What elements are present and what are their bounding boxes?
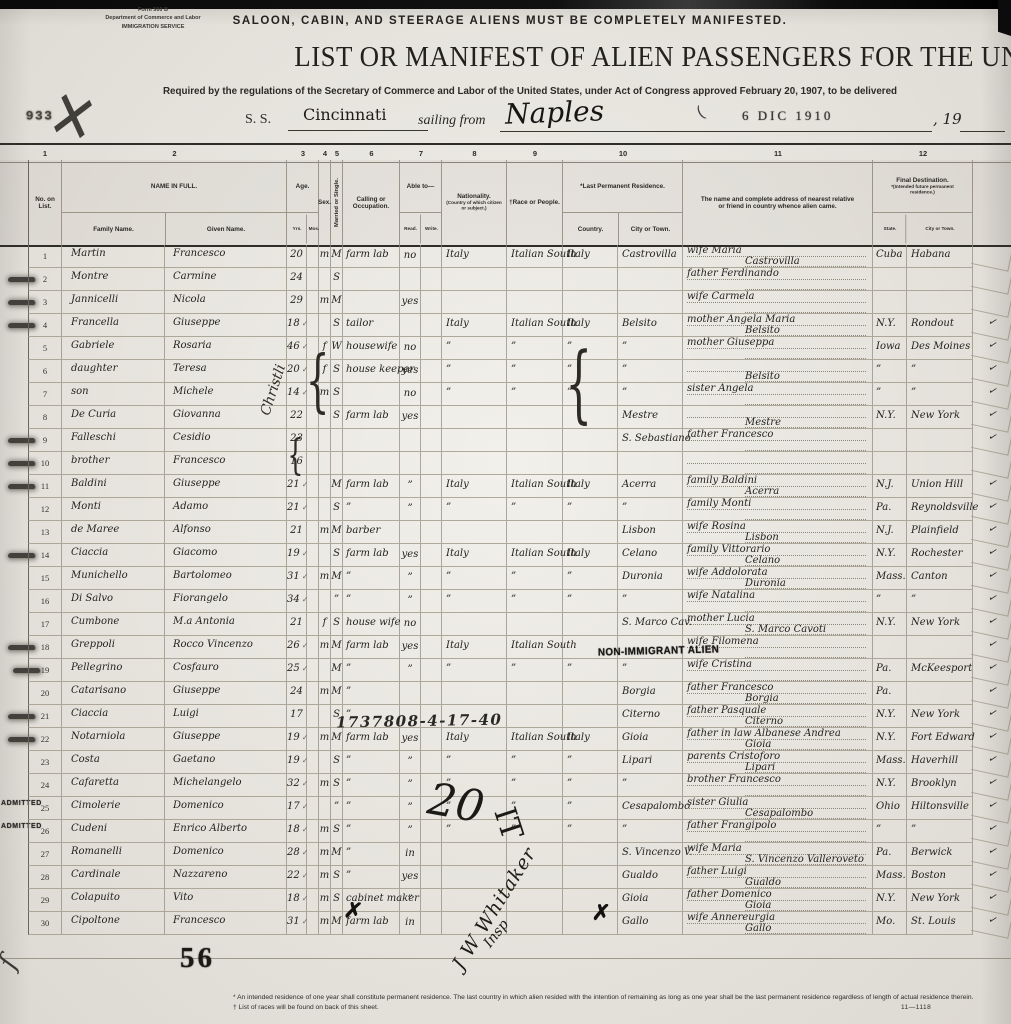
relative-city: Cesapalombo [745, 809, 866, 819]
cell-yrs: 21 [287, 521, 307, 544]
cell-family: Cudeni [62, 820, 165, 843]
cell-edge-text: ✓ [987, 408, 997, 421]
cell-yrs: 22 [287, 406, 307, 429]
rows-9-10-brace: { [287, 430, 303, 479]
cell-family: Di Salvo [62, 590, 165, 613]
cell-no: 28 [28, 866, 62, 889]
cell-state-text: N.J. [876, 479, 894, 490]
cell-no-text: 2 [43, 274, 47, 284]
cell-no: 19 [28, 659, 62, 682]
cell-read-text: yes [402, 733, 419, 744]
cell-marital: ” [331, 797, 343, 820]
cell-marital-text: S [333, 755, 340, 766]
cell-relative: Belsito [683, 360, 873, 383]
cell-race [507, 521, 563, 544]
cell-family-text: daughter [71, 363, 117, 374]
cell-given: Francesco [165, 245, 287, 268]
cell-city-text: Cesapalombo [622, 801, 690, 812]
ss-label: S. S. [245, 112, 271, 128]
cell-nationality-text: ” [446, 341, 451, 352]
cell-nationality-text: ” [446, 755, 451, 766]
cell-mos [307, 590, 319, 613]
cell-nationality [442, 843, 507, 866]
cell-no: 12 [28, 498, 62, 521]
cell-no-text: 25 [41, 803, 50, 813]
cell-edge-text: ✓ [987, 891, 997, 904]
final-destination-label: Final Destination. [896, 177, 948, 184]
cell-race-text: ” [511, 571, 516, 582]
cell-country-text: ” [567, 502, 572, 513]
cell-occupation-text: farm lab [346, 479, 389, 490]
cell-marital: S [331, 866, 343, 889]
cell-city: ” [618, 337, 683, 360]
col-head-no-label: No. on List. [29, 160, 61, 245]
cell-occupation-text: house wife [346, 617, 401, 628]
cell-family: Cimolerie [62, 797, 165, 820]
cell-dest_city-text: Des Moines [911, 341, 970, 352]
cell-dest_city: Habana [907, 245, 973, 268]
cell-state-text: Iowa [876, 341, 901, 352]
cell-marital: M [331, 659, 343, 682]
cell-given: Cesidio [165, 429, 287, 452]
cell-family-text: Ciaccia [71, 547, 108, 558]
cell-write [421, 682, 442, 705]
cell-marital-text: S [333, 778, 340, 789]
cell-marital-text: S [333, 893, 340, 904]
cell-no-text: 12 [41, 504, 50, 514]
cell-marital: S [331, 751, 343, 774]
row-margin [0, 360, 28, 383]
cell-yrs-text: 14 [287, 387, 300, 398]
cell-state-text: Pa. [876, 847, 891, 858]
cell-read-text: ” [407, 825, 412, 836]
relative-city: Lipari [745, 763, 866, 773]
cell-given-text: Giacomo [173, 547, 217, 558]
cell-read: ” [400, 889, 421, 912]
cell-marital-text: M [331, 640, 341, 651]
cell-read-text: yes [402, 549, 419, 560]
cell-marital: S [331, 889, 343, 912]
cell-dest_city-text: Habana [911, 249, 950, 260]
relative-city [745, 602, 866, 612]
cell-edge-text: ✓ [987, 431, 997, 444]
cell-relative: father Frangipolo [683, 820, 873, 843]
cell-city [618, 268, 683, 291]
cell-occupation: ” [343, 498, 400, 521]
cell-family-text: Pellegrino [71, 662, 122, 673]
cell-read: no [400, 383, 421, 406]
relative-city [745, 464, 866, 474]
cell-mos [307, 728, 319, 751]
cell-given: Fiorangelo [165, 590, 287, 613]
cell-yrs: 32✓ [287, 774, 307, 797]
cell-family-text: Romanelli [71, 846, 122, 857]
cell-state: N.Y. [873, 406, 907, 429]
cell-yrs: 29 [287, 291, 307, 314]
cell-yrs: 17 [287, 705, 307, 728]
col-head-relative: The name and complete address of nearest… [683, 160, 873, 245]
cell-read: ” [400, 590, 421, 613]
cell-given-text: Fiorangelo [173, 593, 228, 604]
table-row: 13de MareeAlfonso21mMbarberLisbonwife Ro… [0, 521, 1011, 544]
cell-state [873, 268, 907, 291]
cell-race: ” [507, 383, 563, 406]
cell-relative: family BaldiniAcerra [683, 475, 873, 498]
cell-family-text: Cafaretta [71, 777, 119, 788]
cell-yrs-text: 32 [287, 778, 300, 789]
cell-city-text: ” [622, 824, 627, 835]
cell-occupation: ” [343, 567, 400, 590]
edge-head [973, 160, 1011, 245]
cell-read: yes [400, 866, 421, 889]
cell-sex: m [319, 245, 331, 268]
relative-city: Belsito [745, 372, 866, 382]
cell-nationality [442, 521, 507, 544]
cell-no: 5 [28, 337, 62, 360]
col-head-calling: Calling or Occupation. [343, 160, 400, 245]
cell-family: Ciaccia [62, 705, 165, 728]
cell-given: Nazzareno [165, 866, 287, 889]
cell-sex-text: f [323, 617, 327, 628]
row-margin [0, 567, 28, 590]
cell-read: yes [400, 291, 421, 314]
cell-city-text: Mestre [622, 410, 658, 421]
cell-write [421, 889, 442, 912]
cell-no-text: 27 [41, 849, 50, 859]
table-row: 11BaldiniGiuseppe21✓Mfarm lab”ItalyItali… [0, 475, 1011, 498]
cell-marital-text: M [331, 295, 341, 306]
cell-city: ” [618, 498, 683, 521]
cell-marital-text: W [331, 341, 341, 352]
nationality-sub-label: (Country of which citizen or subject.) [446, 201, 502, 212]
cell-occupation-text: farm lab [346, 640, 389, 651]
cell-occupation-text: ” [346, 502, 351, 513]
cell-family: Cardinale [62, 866, 165, 889]
cell-race: ” [507, 498, 563, 521]
cell-relative: father DomenicoGioia [683, 889, 873, 912]
cell-state: Pa. [873, 843, 907, 866]
cell-marital-text: S [333, 824, 340, 835]
cell-sex: m [319, 866, 331, 889]
cell-country-text: ” [567, 571, 572, 582]
cell-marital: S [331, 360, 343, 383]
cell-no-text: 26 [41, 826, 50, 836]
cell-family-text: Di Salvo [71, 593, 113, 604]
cell-family-text: Catarisano [71, 685, 126, 696]
cell-given: Giuseppe [165, 314, 287, 337]
cell-edge-text: ✓ [987, 500, 997, 513]
cell-city-text: Castrovilla [622, 249, 677, 260]
cell-city-text: ” [622, 594, 627, 605]
cell-country-text: ” [567, 663, 572, 674]
cell-occupation-text: ” [346, 870, 351, 881]
cell-dest_city: Rochester [907, 544, 973, 567]
cell-marital: M [331, 291, 343, 314]
cell-state: Mo. [873, 912, 907, 935]
cell-yrs-text: 17 [287, 801, 300, 812]
cell-no-text: 17 [41, 619, 50, 629]
cell-edge-text: ✓ [987, 638, 997, 651]
cell-sex: m [319, 567, 331, 590]
relative-city [745, 510, 866, 520]
cell-dest_city: New York [907, 705, 973, 728]
write-label: Write. [423, 215, 440, 244]
cell-family-text: Colapuito [71, 892, 120, 903]
cell-occupation: ” [343, 774, 400, 797]
cell-sex-text: m [320, 686, 329, 697]
cell-dest_city: ” [907, 360, 973, 383]
cell-marital: ” [331, 590, 343, 613]
cell-country-text: ” [567, 594, 572, 605]
cell-edge-text: ✓ [987, 822, 997, 835]
cell-yrs: 24 [287, 682, 307, 705]
cell-read-text: ” [407, 480, 412, 491]
cell-sex: m [319, 682, 331, 705]
cell-given: Enrico Alberto [165, 820, 287, 843]
cell-given-text: Michelangelo [173, 777, 242, 788]
manifest-notice: SALOON, CABIN, AND STEERAGE ALIENS MUST … [0, 15, 1011, 27]
cell-sex [319, 590, 331, 613]
cell-relative: wife Carmela [683, 291, 873, 314]
cell-occupation [343, 383, 400, 406]
cell-no: 18 [28, 636, 62, 659]
cell-race [507, 291, 563, 314]
cell-sex: m [319, 521, 331, 544]
cell-given-text: Francesco [173, 248, 225, 259]
cell-relative: Mestre [683, 406, 873, 429]
cell-mos [307, 475, 319, 498]
cell-edge-text: ✓ [987, 339, 997, 352]
port-name: Naples [504, 94, 604, 130]
cell-race-text: ” [511, 387, 516, 398]
able-to-label: Able to— [400, 160, 441, 212]
cell-no: 1 [28, 245, 62, 268]
cell-read: ” [400, 498, 421, 521]
cell-state [873, 291, 907, 314]
cell-nationality: ” [442, 751, 507, 774]
cell-read-text: yes [402, 871, 419, 882]
cell-nationality-text: ” [446, 594, 451, 605]
cell-state-text: N.Y. [876, 617, 896, 628]
cell-occupation-text: farm lab [346, 732, 389, 743]
relative-name: mother Giuseppa [687, 338, 866, 349]
cell-occupation: housewife [343, 337, 400, 360]
cell-mos [307, 613, 319, 636]
cell-marital-text: M [331, 916, 341, 927]
cell-family: Baldini [62, 475, 165, 498]
cell-read-text: in [405, 848, 415, 859]
cell-no: 25 [28, 797, 62, 820]
cell-nationality: Italy [442, 636, 507, 659]
date-stamp: 6 DIC 1910 [742, 108, 833, 124]
cell-given-text: Giovanna [173, 409, 221, 420]
cell-sex-text: m [320, 249, 329, 260]
cell-no-text: 15 [41, 573, 50, 583]
cell-yrs-text: 22 [287, 870, 300, 881]
cell-country-text: Italy [567, 318, 590, 329]
cell-family-text: Cipoltone [71, 915, 120, 926]
port-underline [500, 131, 932, 132]
cell-no-text: 23 [41, 757, 50, 767]
row-margin [0, 774, 28, 797]
row-margin [0, 659, 28, 682]
cell-city-text: Borgia [622, 686, 656, 697]
cell-edge-text: ✓ [987, 316, 997, 329]
cell-dest_city: ” [907, 590, 973, 613]
cell-marital-text: S [333, 410, 340, 421]
row-margin [0, 429, 28, 452]
row-margin [0, 843, 28, 866]
cell-city-text: Gioia [622, 893, 648, 904]
cell-no-text: 19 [41, 665, 50, 675]
cell-state: ” [873, 590, 907, 613]
cell-race: ” [507, 751, 563, 774]
cell-occupation [343, 429, 400, 452]
cell-sex-text: m [320, 824, 329, 835]
cell-occupation [343, 268, 400, 291]
cell-read: ” [400, 567, 421, 590]
cell-nationality [442, 682, 507, 705]
cell-family: Ciaccia [62, 544, 165, 567]
cell-write [421, 268, 442, 291]
cell-write [421, 291, 442, 314]
cell-marital: S [331, 406, 343, 429]
cell-dest_city-text: Boston [911, 870, 946, 881]
cell-family: Monti [62, 498, 165, 521]
cell-mos [307, 797, 319, 820]
cell-edge-text: ✓ [987, 753, 997, 766]
cell-edge-text: ✓ [987, 684, 997, 697]
cell-no-text: 11 [41, 481, 49, 491]
cell-no: 9 [28, 429, 62, 452]
cell-marital: M [331, 728, 343, 751]
cell-no-text: 3 [43, 297, 47, 307]
destination-label-wrap: Final Destination. *(Intended future per… [873, 160, 972, 212]
cell-dest_city-text: Brooklyn [911, 778, 957, 789]
cell-country: ” [563, 498, 618, 521]
cell-country: ” [563, 820, 618, 843]
cell-race [507, 429, 563, 452]
cell-read-text: ” [407, 802, 412, 813]
cell-given-text: Giuseppe [173, 685, 220, 696]
cell-no: 21 [28, 705, 62, 728]
cell-read-text: no [404, 250, 416, 261]
cell-read: ” [400, 797, 421, 820]
age-label: Age. [287, 160, 318, 212]
cell-race: ” [507, 360, 563, 383]
cell-occupation: house wife [343, 613, 400, 636]
cell-given-text: Giuseppe [173, 731, 220, 742]
cell-sex [319, 544, 331, 567]
cell-nationality-text: Italy [446, 479, 469, 490]
cell-write [421, 636, 442, 659]
cell-yrs-text: 31 [287, 916, 300, 927]
cell-mos [307, 659, 319, 682]
cell-relative: father Francesco [683, 429, 873, 452]
cell-no: 7 [28, 383, 62, 406]
relative-city [745, 786, 866, 796]
cell-race [507, 705, 563, 728]
cell-given-text: Giuseppe [173, 478, 220, 489]
cell-no: 17 [28, 613, 62, 636]
cell-read: ” [400, 475, 421, 498]
cell-no: 29 [28, 889, 62, 912]
cell-mos [307, 866, 319, 889]
relative-name: father Ferdinando [687, 269, 866, 280]
cell-family-text: Monti [71, 501, 101, 512]
cell-country-text: ” [567, 824, 572, 835]
cell-yrs-text: 19 [287, 755, 300, 766]
cell-family: De Curia [62, 406, 165, 429]
cell-sex-text: m [320, 732, 329, 743]
cell-country-text: Italy [567, 732, 590, 743]
cell-occupation: farm lab [343, 406, 400, 429]
cell-country [563, 452, 618, 475]
cell-yrs: 31✓ [287, 912, 307, 935]
cell-race: ” [507, 567, 563, 590]
cell-yrs-text: 29 [290, 295, 303, 306]
cell-edge-text: ✓ [987, 845, 997, 858]
cell-given-text: Carmine [173, 271, 216, 282]
cell-given: Michelangelo [165, 774, 287, 797]
cell-given-text: Cosfauro [173, 662, 219, 673]
cell-marital: S [331, 314, 343, 337]
cell-country [563, 682, 618, 705]
cell-family-text: Cardinale [71, 869, 121, 880]
cell-edge-text: ✓ [987, 362, 997, 375]
cell-nationality: Italy [442, 475, 507, 498]
form-imprint-line1: Form 500 B [98, 6, 208, 14]
cell-city-text: Gualdo [622, 870, 658, 881]
cell-write [421, 521, 442, 544]
relative-name: father in law Albanese Andrea [687, 729, 866, 740]
cell-occupation: farm lab [343, 245, 400, 268]
cell-dest_city [907, 452, 973, 475]
table-row: 16Di SalvoFiorangelo34✓”””””””wife Natal… [0, 590, 1011, 613]
x-mark-occupation: ✗ [342, 897, 364, 925]
row-margin [0, 268, 28, 291]
margin-scrawl-20: 20 [424, 774, 488, 834]
cell-given-text: Nazzareno [173, 869, 227, 880]
cell-family: Pellegrino [62, 659, 165, 682]
cell-edge-text: ✓ [987, 661, 997, 674]
cell-country-text: ” [567, 778, 572, 789]
form-code: 11—1118 [901, 1004, 931, 1011]
cell-family-text: brother [71, 455, 109, 466]
cell-no-text: 29 [41, 895, 50, 905]
cell-occupation: house keeper [343, 360, 400, 383]
cell-no: 20 [28, 682, 62, 705]
cell-occupation-text: ” [346, 801, 351, 812]
cell-marital-text: ” [334, 594, 339, 605]
cell-relative: wife RosinaLisbon [683, 521, 873, 544]
cell-write [421, 360, 442, 383]
cell-city-text: ” [622, 502, 627, 513]
cell-state-text: N.Y. [876, 732, 896, 743]
cell-given: Giacomo [165, 544, 287, 567]
cell-sex-text: m [320, 295, 329, 306]
cell-edge-text: ✓ [987, 546, 997, 559]
cell-write [421, 429, 442, 452]
cell-city: Gioia [618, 728, 683, 751]
cell-read: yes [400, 360, 421, 383]
cell-no-text: 8 [43, 412, 47, 422]
cell-city: Citerno [618, 705, 683, 728]
cell-dest_city: McKeesport [907, 659, 973, 682]
page-number: 56 [180, 942, 215, 975]
cell-dest_city: Hiltonsville [907, 797, 973, 820]
row-margin [0, 728, 28, 751]
